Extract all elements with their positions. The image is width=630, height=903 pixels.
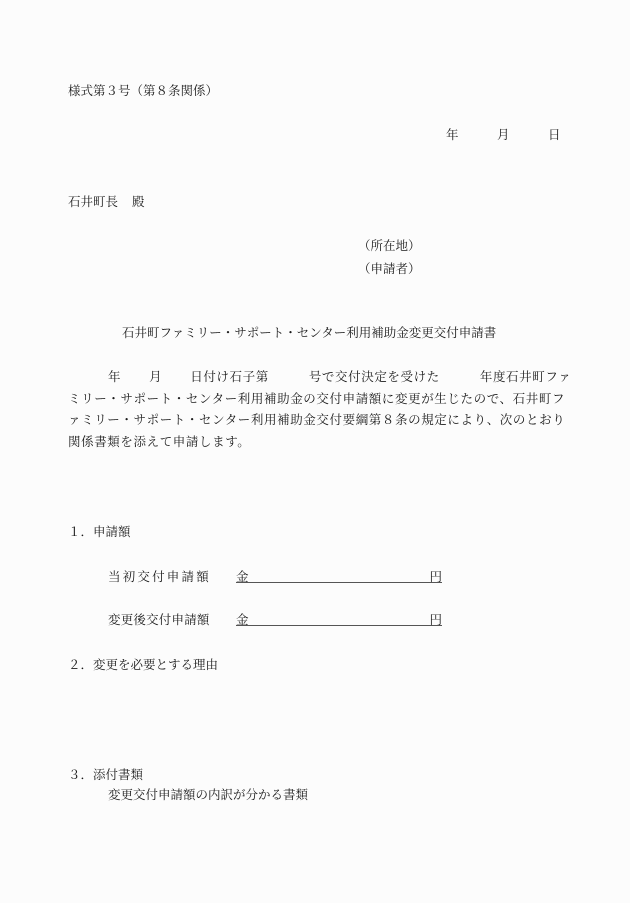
addressee: 石井町長殿 bbox=[68, 192, 145, 210]
section-heading-change-reason: ２．変更を必要とする理由 bbox=[68, 655, 218, 673]
amount-suffix: 円 bbox=[429, 567, 442, 585]
attachment-item: 変更交付申請額の内訳が分かる書類 bbox=[108, 785, 308, 803]
form-number: 様式第３号（第８条関係） bbox=[68, 81, 218, 99]
addressee-honorific: 殿 bbox=[132, 194, 145, 209]
amount-field-changed[interactable]: 金 円 bbox=[236, 610, 442, 626]
amount-label-changed: 変更後交付申請額 bbox=[108, 610, 236, 628]
amount-prefix: 金 bbox=[236, 567, 249, 585]
addressee-name: 石井町長 bbox=[68, 194, 118, 209]
amount-field-initial[interactable]: 金 円 bbox=[236, 567, 442, 583]
amount-prefix: 金 bbox=[236, 610, 249, 628]
body-year: 年 bbox=[108, 369, 121, 384]
body-month: 月 bbox=[149, 369, 162, 384]
body-line-4: 関係書類を添えて申請します。 bbox=[68, 431, 560, 453]
amount-label-initial: 当初交付申請額 bbox=[108, 567, 236, 585]
amount-row-changed: 変更後交付申請額 金 円 bbox=[108, 610, 236, 628]
date-year-label: 年 bbox=[446, 125, 459, 143]
body-paragraph: 年月日付け石子第号で交付決定を受けた年度石井町ファ ミリー・サポート・センター利… bbox=[68, 366, 560, 452]
amount-row-initial: 当初交付申請額 金 円 bbox=[108, 567, 236, 585]
body-line-2: ミリー・サポート・センター利用補助金の交付申請額に変更が生じたので、石井町フ bbox=[68, 388, 560, 410]
body-fiscal-year: 年度石井町ファ bbox=[480, 369, 571, 384]
date-month-label: 月 bbox=[497, 125, 510, 143]
body-line-3: ァミリー・サポート・センター利用補助金交付要綱第８条の規定により、次のとおり bbox=[68, 409, 560, 431]
body-date-ref: 日付け石子第 bbox=[190, 369, 269, 384]
section-heading-attachments: ３．添付書類 bbox=[68, 765, 143, 783]
body-line-1: 年月日付け石子第号で交付決定を受けた年度石井町ファ bbox=[68, 366, 560, 388]
applicant-name-label: （申請者） bbox=[358, 259, 421, 277]
date-day-label: 日 bbox=[548, 125, 561, 143]
document-title: 石井町ファミリー・サポート・センター利用補助金変更交付申請書 bbox=[122, 323, 496, 341]
section-heading-application-amount: １．申請額 bbox=[68, 522, 131, 540]
applicant-location-label: （所在地） bbox=[358, 236, 421, 254]
body-number-ref: 号で交付決定を受けた bbox=[309, 369, 440, 384]
amount-suffix: 円 bbox=[429, 610, 442, 628]
